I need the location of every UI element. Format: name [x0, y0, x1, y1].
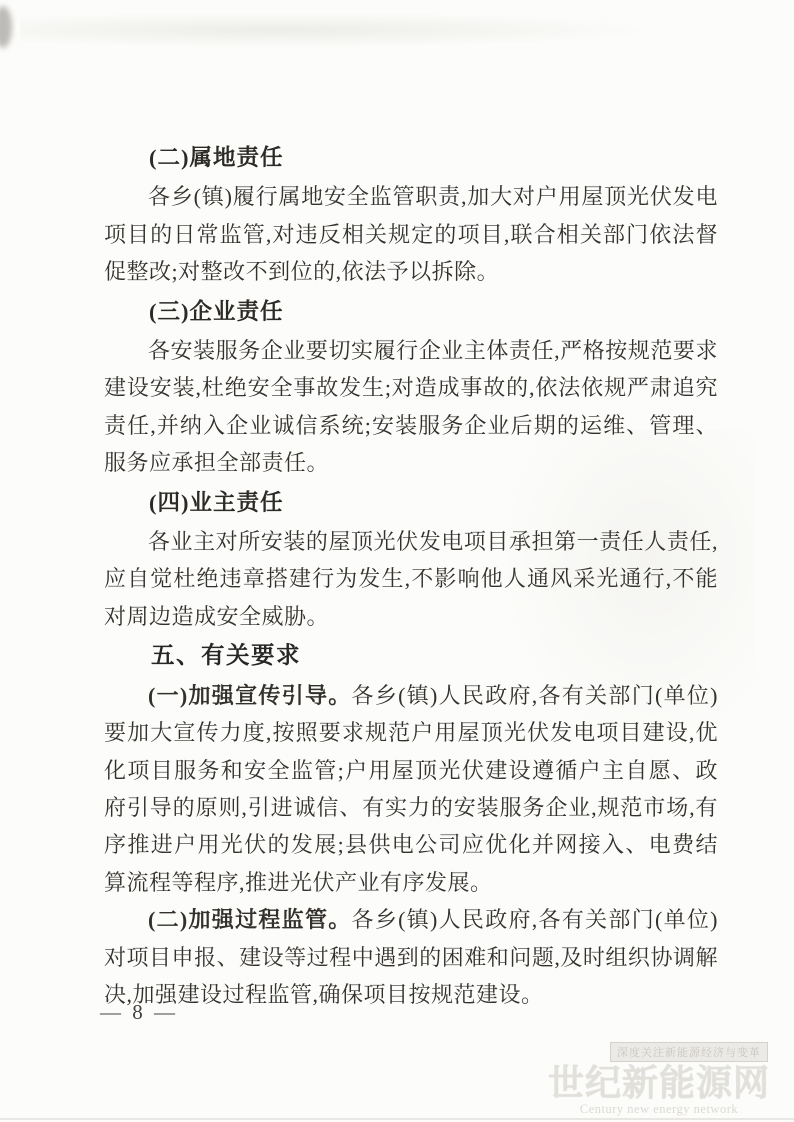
paragraph-lead-publicity-guidance: (一)加强宣传引导。: [148, 683, 352, 708]
paragraph-enterprise-responsibility: 各安装服务企业要切实履行企业主体责任,严格按规范要求建设安装,杜绝安全事故发生;…: [104, 332, 718, 482]
watermark-title: 世纪新能源网: [534, 1064, 784, 1102]
section-heading-enterprise-responsibility: (三)企业责任: [104, 293, 718, 330]
section-heading-territorial-responsibility: (二)属地责任: [104, 139, 718, 176]
paragraph-lead-process-supervision: (二)加强过程监管。: [148, 907, 352, 932]
scan-edge-line: [0, 1118, 794, 1120]
document-body: (二)属地责任 各乡(镇)履行属地安全监管职责,加大对户用屋顶光伏发电项目的日常…: [104, 137, 718, 1013]
paragraph-process-supervision: (二)加强过程监管。各乡(镇)人民政府,各有关部门(单位)对项目申报、建设等过程…: [104, 901, 718, 1013]
page-number: — 8 —: [100, 1000, 178, 1025]
paragraph-text-publicity-guidance: 各乡(镇)人民政府,各有关部门(单位)要加大宣传力度,按照要求规范户用屋顶光伏发…: [104, 683, 718, 895]
paragraph-owner-responsibility: 各业主对所安装的屋顶光伏发电项目承担第一责任人责任,应自觉杜绝违章搭建行为发生,…: [104, 523, 718, 635]
document-page: (二)属地责任 各乡(镇)履行属地安全监管职责,加大对户用屋顶光伏发电项目的日常…: [0, 0, 794, 1122]
section-heading-owner-responsibility: (四)业主责任: [104, 484, 718, 521]
scan-smudge: [0, 6, 12, 48]
paragraph-territorial-responsibility: 各乡(镇)履行属地安全监管职责,加大对户用屋顶光伏发电项目的日常监管,对违反相关…: [104, 178, 718, 290]
watermark: 深度关注新能源经济与变革 世纪新能源网 Century new energy n…: [534, 1042, 784, 1117]
watermark-slogan: 深度关注新能源经济与变革: [610, 1042, 768, 1062]
watermark-subtitle: Century new energy network: [534, 1102, 784, 1117]
section-heading-requirements: 五、有关要求: [104, 637, 718, 674]
scan-streak: [20, 12, 660, 48]
paragraph-publicity-guidance: (一)加强宣传引导。各乡(镇)人民政府,各有关部门(单位)要加大宣传力度,按照要…: [104, 677, 718, 901]
